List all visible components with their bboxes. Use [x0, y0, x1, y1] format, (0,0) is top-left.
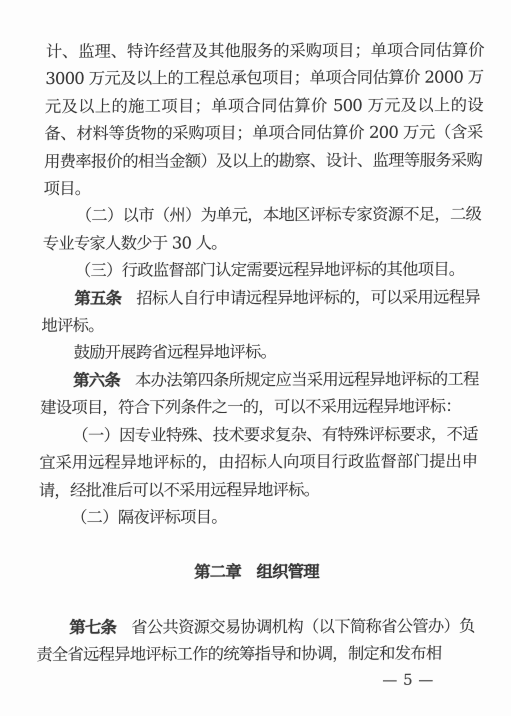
- article-7-term: 第七条: [69, 617, 116, 636]
- paragraph-condition-1: （一）因专业特殊、技术要求复杂、有特殊评标要求，不适宜采用远程异地评标的，由招标…: [39, 420, 478, 504]
- paragraph-article-7: 第七条省公共资源交易协调机构（以下简称省公管办）负责全省远程异地评标工作的统筹指…: [36, 612, 475, 668]
- paragraph-article-5: 第五条招标人自行申请远程异地评标的，可以采用远程异地评标。: [41, 283, 480, 339]
- paragraph-encourage: 鼓励开展跨省远程异地评标。: [41, 338, 479, 367]
- paragraph-item-3: （三）行政监督部门认定需要远程异地评标的其他项目。: [42, 256, 480, 285]
- paragraph-item-2: （二）以市（州）为单元，本地区评标专家资源不足，二级专业专家人数少于 30 人。: [43, 201, 482, 257]
- page-number: — 5 —: [36, 667, 474, 696]
- article-6-term: 第六条: [73, 371, 120, 390]
- paragraph-continuation: 计、监理、特许经营及其他服务的采购项目；单项合同估算价 3000 万元及以上的工…: [43, 36, 484, 202]
- document-text-block: 计、监理、特许经营及其他服务的采购项目；单项合同估算价 3000 万元及以上的工…: [36, 36, 484, 695]
- paragraph-article-6: 第六条本办法第四条所规定应当采用远程异地评标的工程建设项目，符合下列条件之一的，…: [40, 365, 479, 421]
- paragraph-condition-2: （二）隔夜评标项目。: [38, 502, 476, 531]
- article-5-term: 第五条: [74, 288, 121, 307]
- chapter-heading: 第二章 组织管理: [37, 557, 475, 586]
- scanned-document-page: 计、监理、特许经营及其他服务的采购项目；单项合同估算价 3000 万元及以上的工…: [0, 0, 511, 716]
